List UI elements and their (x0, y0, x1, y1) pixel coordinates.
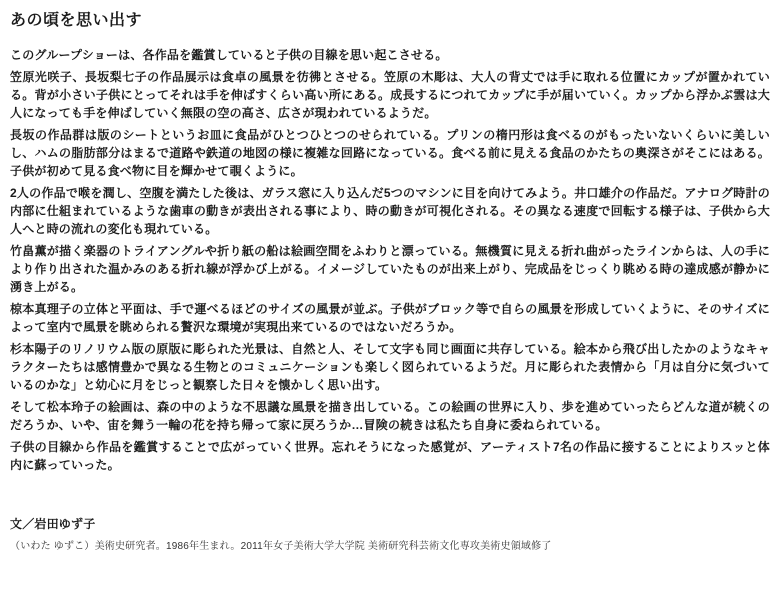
article-footer: 文／岩田ゆず子 （いわた ゆずこ）美術史研究者。1986年生まれ。2011年女子… (10, 516, 770, 554)
article-paragraph: 竹畠薫が描く楽器のトライアングルや折り紙の船は絵画空間をふわりと漂っている。無機… (10, 242, 770, 296)
article-paragraph: 長坂の作品群は版のシートというお皿に食品がひとつひとつのせられている。プリンの楕… (10, 126, 770, 180)
article-paragraph: そして松本玲子の絵画は、森の中のような不思議な風景を描き出している。この絵画の世… (10, 398, 770, 434)
article-page: あの頃を思い出す このグループショーは、各作品を鑑賞していると子供の目線を思い起… (0, 0, 780, 595)
article-paragraph: 子供の目線から作品を鑑賞することで広がっていく世界。忘れそうになった感覚が、アー… (10, 438, 770, 474)
article-title: あの頃を思い出す (10, 10, 770, 32)
article-paragraph: 椋本真理子の立体と平面は、手で運べるほどのサイズの風景が並ぶ。子供がブロック等で… (10, 300, 770, 336)
article-paragraph: 2人の作品で喉を潤し、空腹を満たした後は、ガラス窓に入り込んだ5つのマシンに目を… (10, 184, 770, 238)
author-bio: （いわた ゆずこ）美術史研究者。1986年生まれ。2011年女子美術大学大学院 … (10, 540, 770, 554)
author-credit: 文／岩田ゆず子 (10, 516, 770, 532)
article-paragraph: 笠原光咲子、長坂梨七子の作品展示は食卓の風景を彷彿とさせる。笠原の木彫は、大人の… (10, 68, 770, 122)
article-paragraph: このグループショーは、各作品を鑑賞していると子供の目線を思い起こさせる。 (10, 46, 770, 64)
article-paragraph: 杉本陽子のリノリウム版の原版に彫られた光景は、自然と人、そして文字も同じ画面に共… (10, 340, 770, 394)
article-body: このグループショーは、各作品を鑑賞していると子供の目線を思い起こさせる。 笠原光… (10, 46, 770, 474)
